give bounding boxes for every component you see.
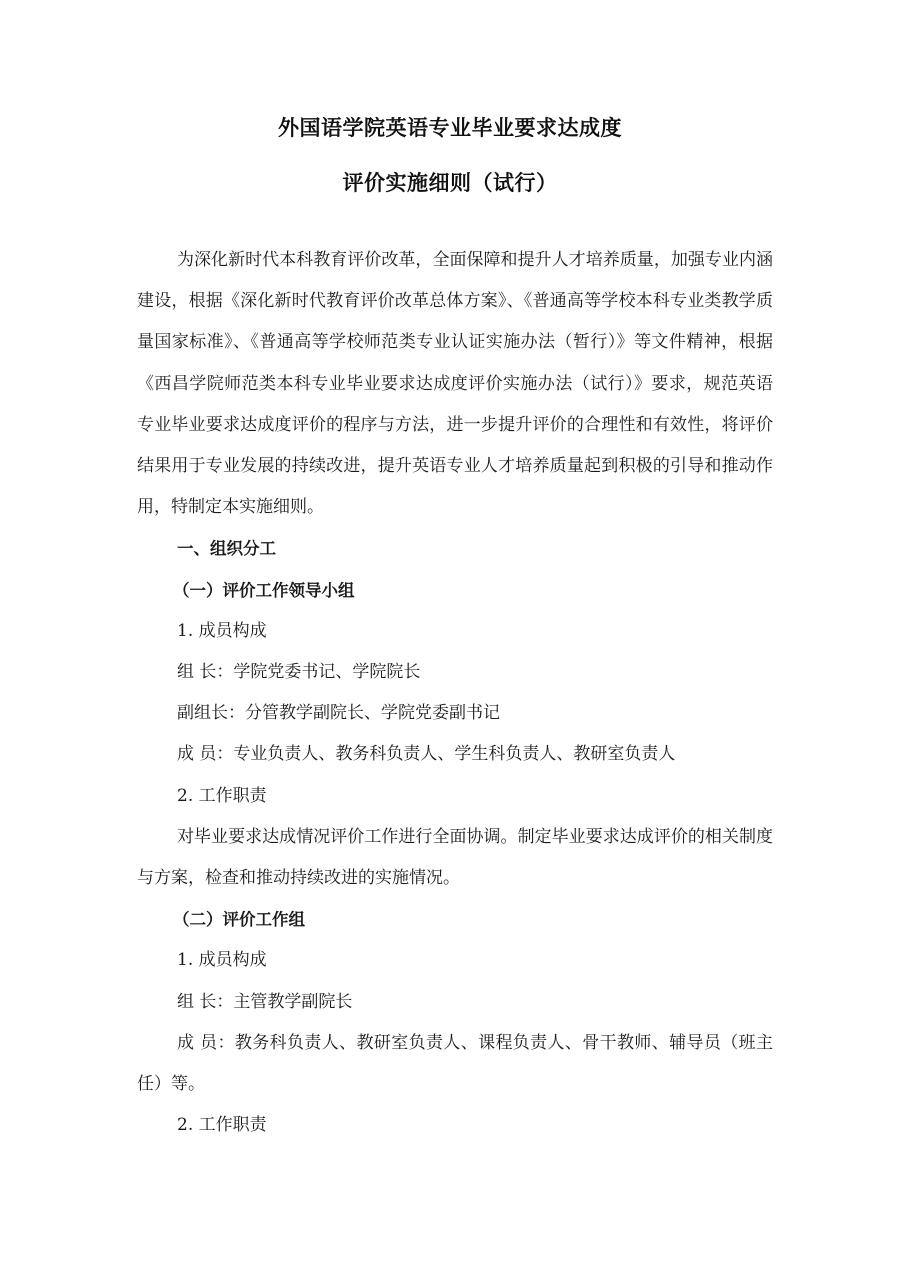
duties-heading: 2. 工作职责 <box>137 776 773 817</box>
members-heading: 1. 成员构成 <box>137 940 773 981</box>
members-line: 成 员：专业负责人、教务科负责人、学生科负责人、教研室负责人 <box>137 734 773 775</box>
deputy-leader-line: 副组长：分管教学副院长、学院党委副书记 <box>137 693 773 734</box>
document-title-line1: 外国语学院英语专业毕业要求达成度 <box>0 113 900 143</box>
members-paragraph: 成 员：教务科负责人、教研室负责人、课程负责人、骨干教师、辅导员（班主任）等。 <box>137 1023 773 1105</box>
subsection-heading-leadership-group: （一）评价工作领导小组 <box>137 570 773 611</box>
intro-paragraph: 为深化新时代本科教育评价改革，全面保障和提升人才培养质量，加强专业内涵建设，根据… <box>137 240 773 528</box>
subsection-heading-evaluation-group: （二）评价工作组 <box>137 899 773 940</box>
leader-line: 组 长：学院党委书记、学院院长 <box>137 652 773 693</box>
duties-paragraph: 对毕业要求达成情况评价工作进行全面协调。制定毕业要求达成评价的相关制度与方案，检… <box>137 817 773 899</box>
duties-heading: 2. 工作职责 <box>137 1105 773 1146</box>
document-page: 外国语学院英语专业毕业要求达成度 评价实施细则（试行） 为深化新时代本科教育评价… <box>0 0 900 1273</box>
leader-line: 组 长：主管教学副院长 <box>137 982 773 1023</box>
document-title-line2: 评价实施细则（试行） <box>0 168 900 198</box>
document-body: 为深化新时代本科教育评价改革，全面保障和提升人才培养质量，加强专业内涵建设，根据… <box>137 240 773 1146</box>
members-heading: 1. 成员构成 <box>137 611 773 652</box>
section-heading-organization: 一、组织分工 <box>137 528 773 569</box>
